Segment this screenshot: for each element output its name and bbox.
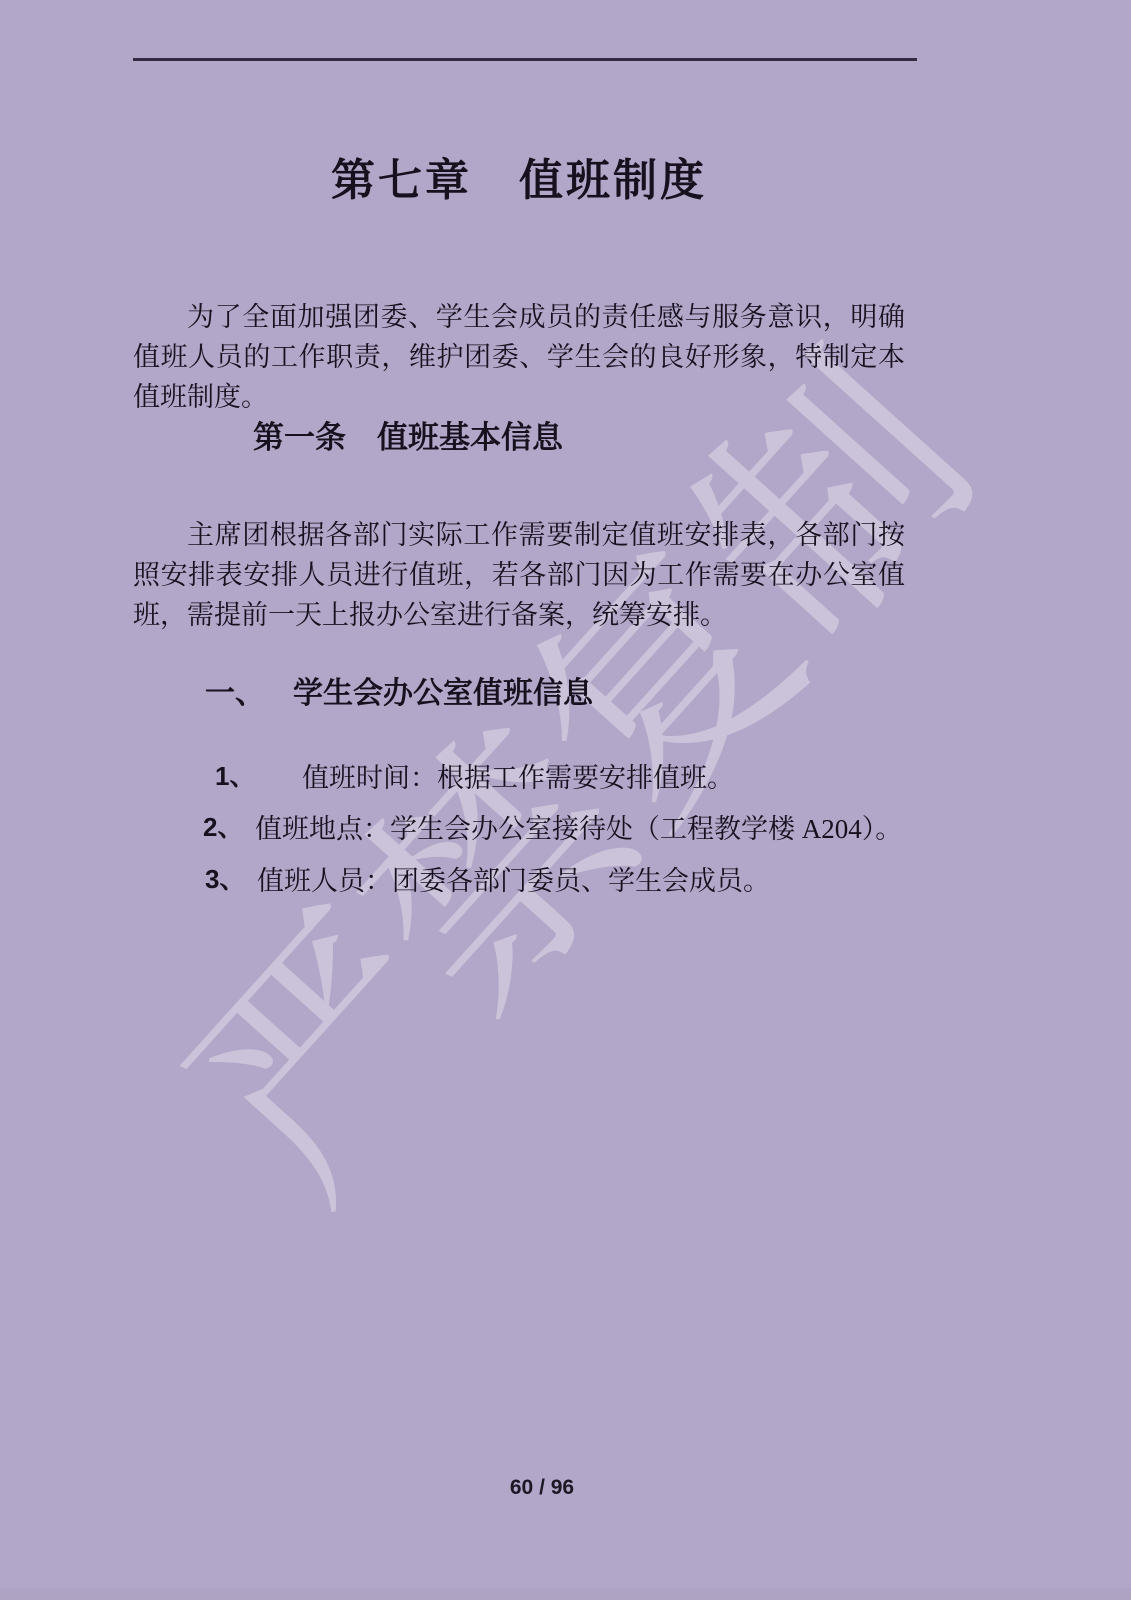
chapter-title: 第七章 值班制度 (133, 144, 905, 208)
subsection-number: 一、 (205, 668, 293, 712)
page-content: 第七章 值班制度 为了全面加强团委、学生会成员的责任感与服务意识，明确值班人员的… (0, 0, 1131, 1600)
header-divider-line (133, 58, 917, 61)
list-item-number: 3、 (205, 859, 257, 898)
page-bottom-edge (0, 1588, 1131, 1600)
list-item-text: 值班人员：团委各部门委员、学生会成员。 (257, 859, 770, 898)
subsection-heading: 一、 学生会办公室值班信息 (205, 668, 593, 712)
subsection-title: 学生会办公室值班信息 (293, 668, 593, 712)
intro-paragraph: 为了全面加强团委、学生会成员的责任感与服务意识，明确值班人员的工作职责，维护团委… (133, 297, 905, 417)
section-heading: 第一条 值班基本信息 (253, 412, 563, 457)
list-item-number: 1、 (215, 756, 302, 795)
page-number-indicator: 60 / 96 (133, 1476, 951, 1500)
list-item-text: 值班地点：学生会办公室接待处（工程教学楼 A204）。 (255, 807, 902, 846)
list-item: 2、 值班地点：学生会办公室接待处（工程教学楼 A204）。 (203, 807, 902, 846)
list-item-number: 2、 (203, 807, 255, 846)
list-item-text: 值班时间：根据工作需要安排值班。 (302, 756, 734, 795)
list-item: 3、 值班人员：团委各部门委员、学生会成员。 (205, 859, 770, 898)
list-item: 1、 值班时间：根据工作需要安排值班。 (215, 756, 734, 795)
document-page: 严禁复制 第七章 值班制度 为了全面加强团委、学生会成员的责任感与服务意识，明确… (0, 0, 1131, 1600)
section-body-paragraph: 主席团根据各部门实际工作需要制定值班安排表，各部门按照安排表安排人员进行值班，若… (133, 515, 905, 635)
